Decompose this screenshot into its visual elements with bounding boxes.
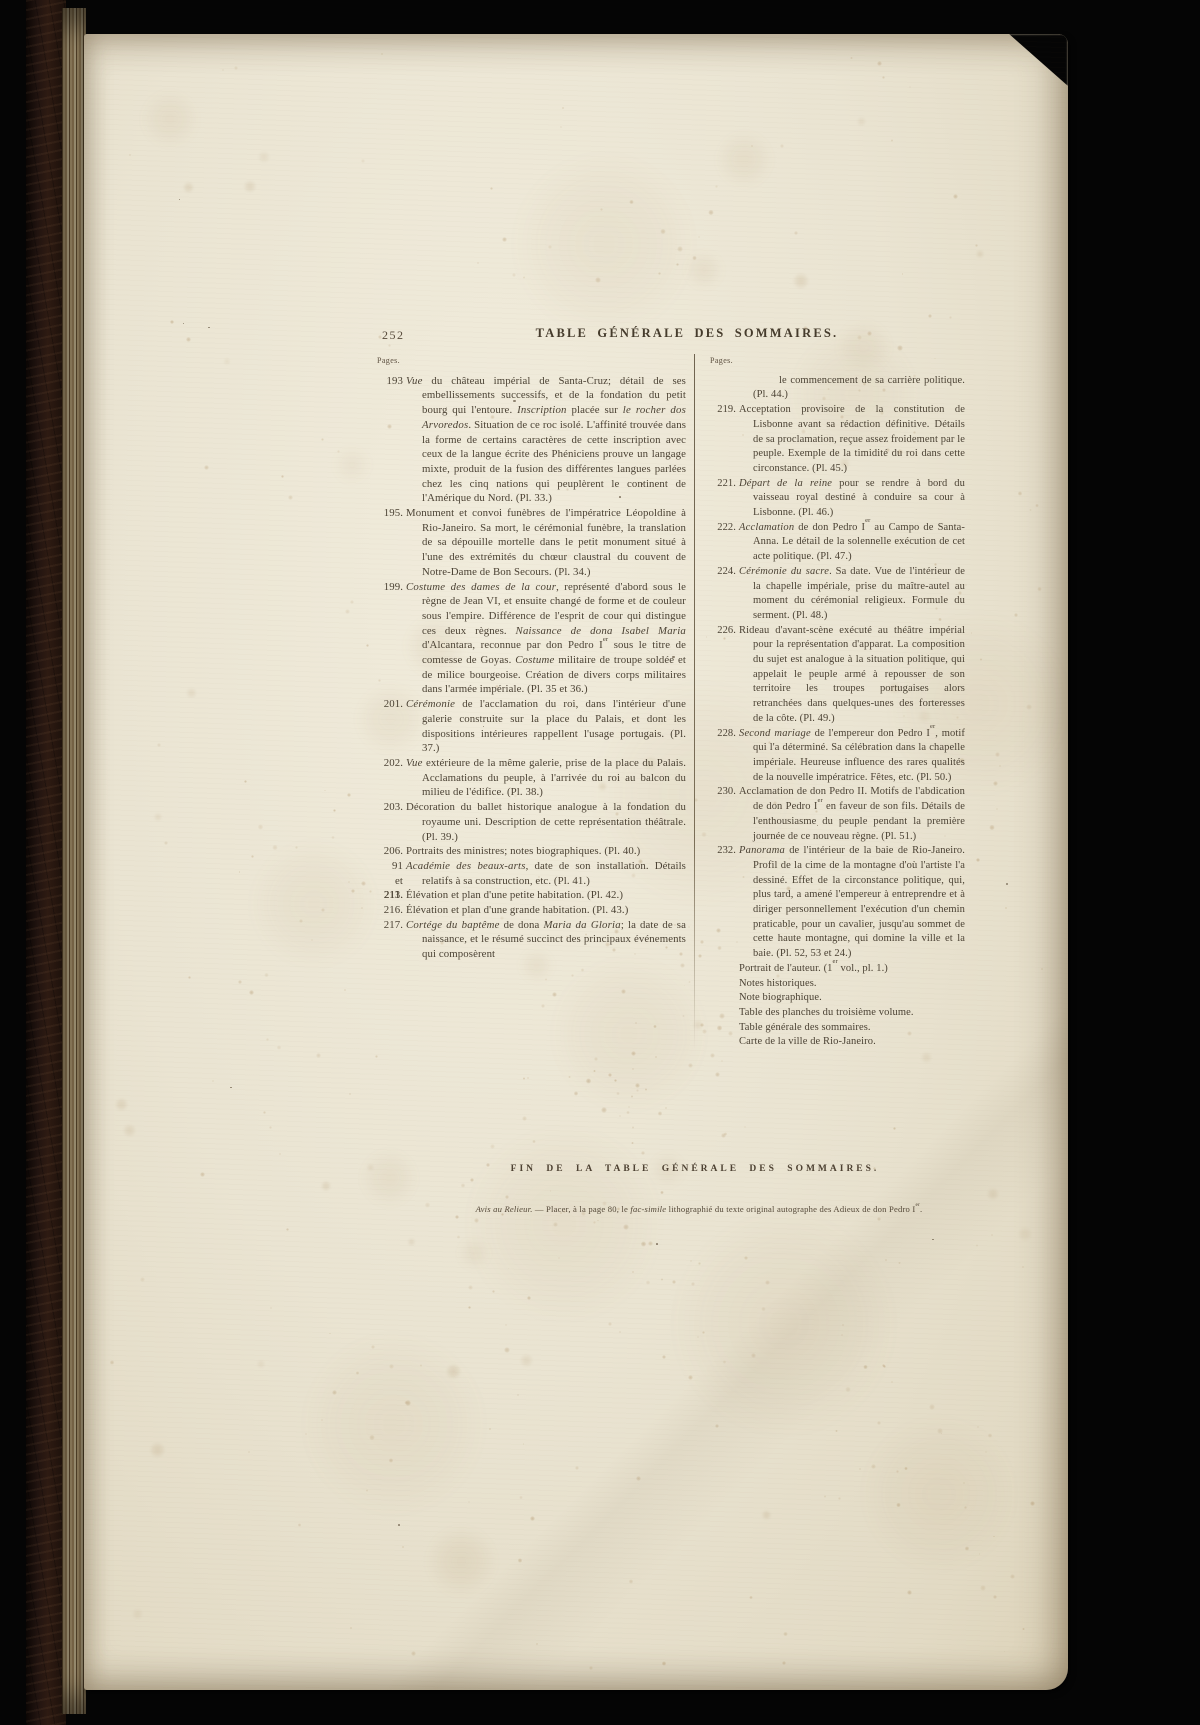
page-edge-stack [62,8,86,1714]
entry-page-number: 195. [376,506,403,521]
toc-entry: Table générale des sommaires. [709,1021,965,1036]
entry-page-number: 216. [376,903,403,918]
photo-background: 252 TABLE GÉNÉRALE DES SOMMAIRES. Pages.… [0,0,1200,1725]
toc-entry: 193Vue du château impérial de Santa-Cruz… [376,374,686,506]
entry-text: Rideau d'avant-scène exécuté au théâtre … [739,625,965,724]
entry-text: Monument et convoi funèbres de l'impérat… [406,507,686,578]
toc-entry: Portrait de l'auteur. (1er vol., pl. 1.) [709,962,965,977]
toc-entry: Notes historiques. [709,977,965,992]
toc-entry: 226.Rideau d'avant-scène exécuté au théâ… [709,624,965,727]
right-entries: le commencement de sa carrière politique… [709,374,965,1050]
entry-page-number: 222. [709,521,736,536]
toc-entry: 230.Acclamation de don Pedro II. Motifs … [709,785,965,844]
toc-entry: 203.Décoration du ballet historique anal… [376,800,686,844]
toc-entry: 224.Cérémonie du sacre. Sa date. Vue de … [709,565,965,624]
toc-entry: 221.Départ de la reine pour se rendre à … [709,477,965,521]
book-page: 252 TABLE GÉNÉRALE DES SOMMAIRES. Pages.… [84,34,1068,1690]
page-header: 252 TABLE GÉNÉRALE DES SOMMAIRES. [376,324,966,354]
toc-entry: 201.Cérémonie de l'acclamation du roi, d… [376,697,686,756]
toc-entry: 199.Costume des dames de la cour, représ… [376,580,686,698]
foxing-stains [84,34,1068,1690]
entry-text: Acclamation de don Pedro Ier au Campo de… [739,522,965,562]
entry-page-number: 219. [709,403,736,418]
entry-page-number: 228. [709,727,736,742]
entry-text: Acceptation provisoire de la constitutio… [739,404,965,474]
page-corner-shadow [1004,34,1068,86]
entry-text: Portrait de l'auteur. (1er vol., pl. 1.) [739,963,888,974]
entry-text: Élévation et plan d'une petite habitatio… [406,889,623,901]
entry-page-number: 203. [376,800,403,815]
toc-entry: 222.Acclamation de don Pedro Ier au Camp… [709,521,965,565]
entry-page-number: 199. [376,580,403,595]
entry-text: Cortége du baptême de dona Maria da Glor… [406,919,686,960]
entry-page-number: 193 [376,374,403,389]
entry-page-number: 217. [376,918,403,933]
entry-page-number: 226. [709,624,736,639]
entry-text: Académie des beaux-arts, date de son ins… [406,860,686,887]
entry-page-number: 202. [376,756,403,771]
toc-entry: 91 et 211.Académie des beaux-arts, date … [376,859,686,888]
pages-column-label: Pages. [377,354,686,369]
toc-entry: Table des planches du troisième volume. [709,1006,965,1021]
two-column-layout: Pages. 193Vue du château impérial de San… [376,354,966,1050]
left-column: Pages. 193Vue du château impérial de San… [376,354,686,1050]
page-title: TABLE GÉNÉRALE DES SOMMAIRES. [392,324,982,341]
toc-entry: 232.Panorama de l'intérieur de la baie d… [709,844,965,962]
folio-number: 252 [382,328,405,343]
table-of-contents: 252 TABLE GÉNÉRALE DES SOMMAIRES. Pages.… [376,324,966,1050]
entry-text: Notes historiques. [739,978,817,989]
binder-note: Avis au Relieur. — Placer, à la page 80,… [434,1204,964,1214]
toc-entry: Note biographique. [709,991,965,1006]
toc-entry: 228.Second mariage de l'empereur don Ped… [709,727,965,786]
entry-text: Décoration du ballet historique analogue… [406,801,686,842]
entry-text: le commencement de sa carrière politique… [753,375,965,401]
entry-text: Départ de la reine pour se rendre à bord… [739,478,965,518]
toc-entry: 216.Élévation et plan d'une grande habit… [376,903,686,918]
entry-text: Costume des dames de la cour, représenté… [406,581,686,696]
entry-page-number: 221. [709,477,736,492]
entry-text: Vue du château impérial de Santa-Cruz; d… [406,375,686,505]
entry-text: Acclamation de don Pedro II. Motifs de l… [739,786,965,841]
entry-text: Cérémonie du sacre. Sa date. Vue de l'in… [739,566,965,621]
table-end-line: FIN DE LA TABLE GÉNÉRALE DES SOMMAIRES. [445,1164,945,1174]
entry-text: Table générale des sommaires. [739,1022,871,1033]
entry-page-number: 213. [376,888,403,903]
book-spine [26,0,66,1725]
entry-text: Table des planches du troisième volume. [739,1007,914,1018]
pages-column-label: Pages. [710,354,965,369]
toc-entry: Carte de la ville de Rio-Janeiro. [709,1035,965,1050]
toc-entry: 213.Élévation et plan d'une petite habit… [376,888,686,903]
entry-text: Vue extérieure de la même galerie, prise… [406,757,686,798]
entry-page-number: 232. [709,844,736,859]
left-entries: 193Vue du château impérial de Santa-Cruz… [376,374,686,962]
right-column: Pages. le commencement de sa carrière po… [709,354,965,1050]
toc-entry: 202.Vue extérieure de la même galerie, p… [376,756,686,800]
toc-entry: 206.Portraits des ministres; notes biogr… [376,844,686,859]
entry-text: Portraits des ministres; notes biographi… [406,845,640,857]
entry-text: Second mariage de l'empereur don Pedro I… [739,728,965,783]
entry-text: Élévation et plan d'une grande habitatio… [406,904,628,916]
entry-page-number: 206. [376,844,403,859]
entry-page-number: 230. [709,785,736,800]
entry-page-number: 224. [709,565,736,580]
toc-entry: le commencement de sa carrière politique… [709,374,965,403]
entry-text: Cérémonie de l'acclamation du roi, dans … [406,698,686,754]
column-divider [694,354,695,1050]
entry-text: Carte de la ville de Rio-Janeiro. [739,1036,876,1047]
toc-entry: 195.Monument et convoi funèbres de l'imp… [376,506,686,580]
entry-text: Panorama de l'intérieur de la baie de Ri… [739,845,965,959]
entry-text: Note biographique. [739,992,822,1003]
entry-page-number: 201. [376,697,403,712]
entry-page-number: 91 et 211. [376,859,403,903]
toc-entry: 217.Cortége du baptême de dona Maria da … [376,918,686,962]
toc-entry: 219.Acceptation provisoire de la constit… [709,403,965,477]
